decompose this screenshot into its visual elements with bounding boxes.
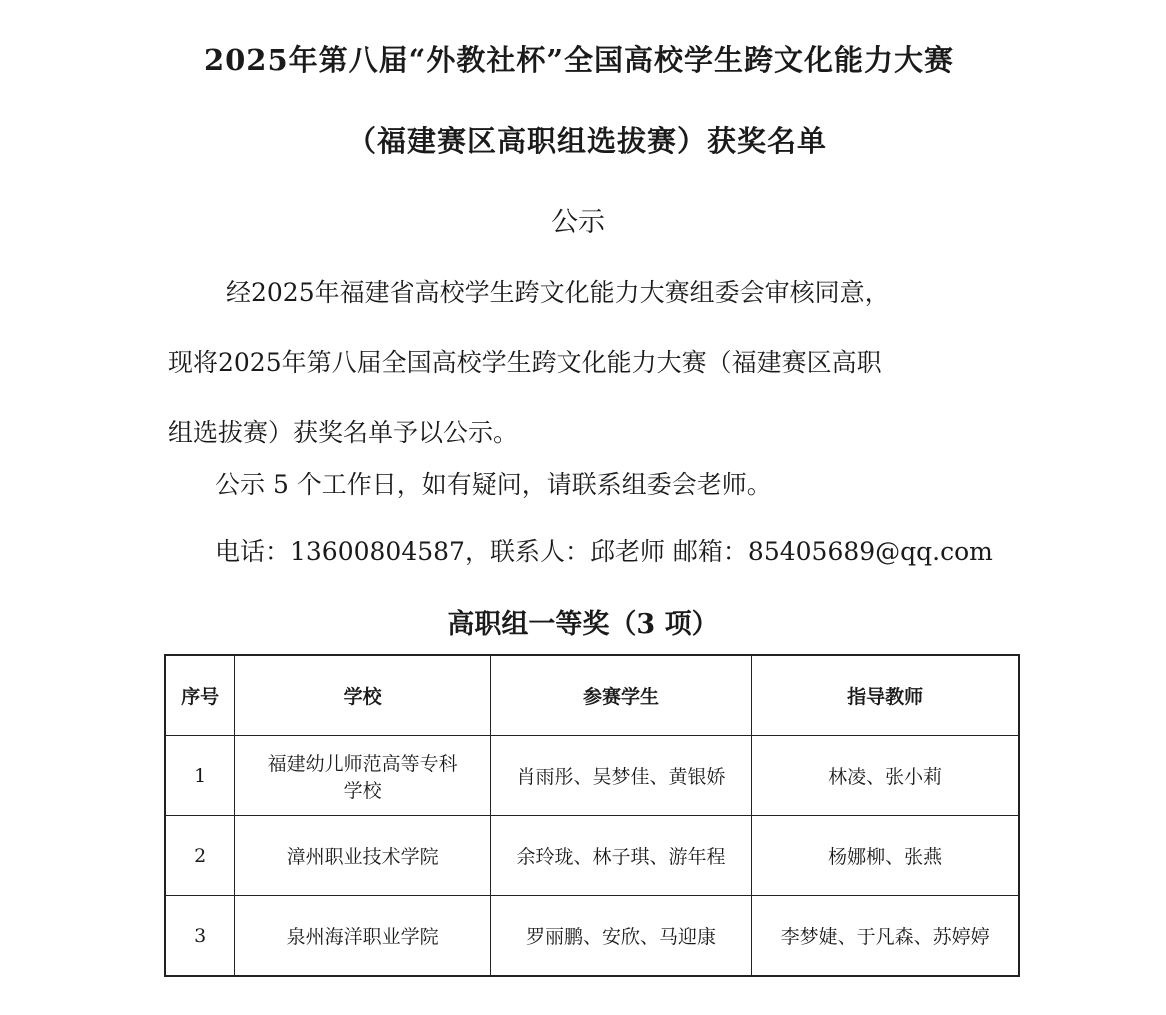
paragraph-line: 经2025年福建省高校学生跨文化能力大赛组委会审核同意， bbox=[168, 258, 1008, 328]
table-row: 1 福建幼儿师范高等专科学校 肖雨彤、吴梦佳、黄银娇 林凌、张小莉 bbox=[165, 736, 1019, 816]
document-title-line1: 2025年第八届“外教社杯”全国高校学生跨文化能力大赛 bbox=[0, 38, 1162, 79]
notice-paragraph: 经2025年福建省高校学生跨文化能力大赛组委会审核同意， 现将2025年第八届全… bbox=[168, 258, 1008, 468]
cell-school: 泉州海洋职业学院 bbox=[235, 896, 490, 977]
cell-no: 2 bbox=[165, 816, 235, 896]
table-header-row: 序号 学校 参赛学生 指导教师 bbox=[165, 655, 1019, 736]
awards-table-title: 高职组一等奖（3 项） bbox=[0, 602, 1166, 641]
column-header-teachers: 指导教师 bbox=[752, 655, 1019, 736]
table-row: 2 漳州职业技术学院 余玲珑、林子琪、游年程 杨娜柳、张燕 bbox=[165, 816, 1019, 896]
document-title-line2: （福建赛区高职组选拔赛）获奖名单 bbox=[4, 119, 1166, 160]
cell-students: 余玲珑、林子琪、游年程 bbox=[490, 816, 751, 896]
paragraph-line: 现将2025年第八届全国高校学生跨文化能力大赛（福建赛区高职 bbox=[168, 328, 1008, 398]
cell-teachers: 林凌、张小莉 bbox=[752, 736, 1019, 816]
cell-school: 漳州职业技术学院 bbox=[235, 816, 490, 896]
notice-heading: 公示 bbox=[0, 200, 1156, 239]
awards-table: 序号 学校 参赛学生 指导教师 1 福建幼儿师范高等专科学校 肖雨彤、吴梦佳、黄… bbox=[164, 654, 1020, 977]
cell-teachers: 李梦婕、于凡森、苏婷婷 bbox=[752, 896, 1019, 977]
cell-no: 1 bbox=[165, 736, 235, 816]
cell-no: 3 bbox=[165, 896, 235, 977]
column-header-students: 参赛学生 bbox=[490, 655, 751, 736]
cell-students: 罗丽鹏、安欣、马迎康 bbox=[490, 896, 751, 977]
column-header-school: 学校 bbox=[235, 655, 490, 736]
notice-period-text: 公示 5 个工作日，如有疑问，请联系组委会老师。 bbox=[168, 450, 1055, 520]
cell-students: 肖雨彤、吴梦佳、黄银娇 bbox=[490, 736, 751, 816]
contact-info: 电话：13600804587，联系人：邱老师 邮箱：85405689@qq.co… bbox=[168, 517, 1055, 587]
cell-school: 福建幼儿师范高等专科学校 bbox=[235, 736, 490, 816]
table-row: 3 泉州海洋职业学院 罗丽鹏、安欣、马迎康 李梦婕、于凡森、苏婷婷 bbox=[165, 896, 1019, 977]
cell-teachers: 杨娜柳、张燕 bbox=[752, 816, 1019, 896]
column-header-no: 序号 bbox=[165, 655, 235, 736]
